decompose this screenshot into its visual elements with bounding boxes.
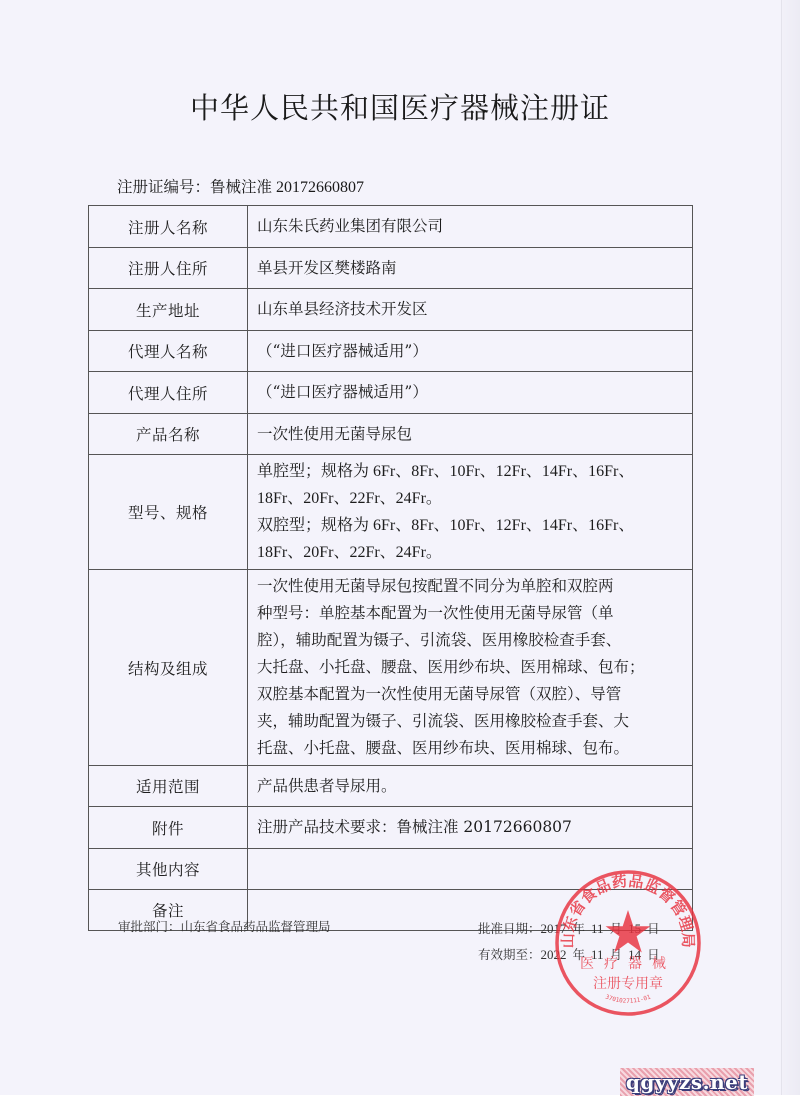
row-value: 单县开发区樊楼路南 [248,248,693,289]
bottom-strip [0,1095,800,1109]
table-row-attachment: 附件 注册产品技术要求：鲁械注准 20172660807 [89,807,693,849]
watermark-text: qgyyzs.net [626,1070,748,1094]
approval-date: 批准日期：2017年11月15日 [478,916,660,942]
row-label: 适用范围 [89,766,248,807]
svg-text:注册专用章: 注册专用章 [593,975,663,992]
row-label: 产品名称 [89,414,248,455]
site-watermark: qgyyzs.net [620,1068,754,1096]
spec-line: 18Fr、20Fr、22Fr、24Fr。 [257,539,684,566]
row-value: 山东单县经济技术开发区 [248,289,693,331]
year-unit: 年 [573,921,586,936]
structure-line: 夹，辅助配置为镊子、引流袋、医用橡胶检查手套、大 [257,708,684,735]
table-row-other: 其他内容 [89,849,693,890]
table-row-product-name: 产品名称 一次性使用无菌导尿包 [89,414,693,455]
row-label: 代理人住所 [89,372,248,414]
row-value: 一次性使用无菌导尿包 [248,414,693,455]
table-row-agent-name: 代理人名称 （“进口医疗器械适用”） [89,331,693,372]
row-label: 代理人名称 [89,331,248,372]
structure-line: 双腔基本配置为一次性使用无菌导尿管（双腔）、导管 [257,681,684,708]
table-row-scope: 适用范围 产品供患者导尿用。 [89,766,693,807]
row-value: 一次性使用无菌导尿包按配置不同分为单腔和双腔两 种型号：单腔基本配置为一次性使用… [248,570,693,766]
table-row-model-spec: 型号、规格 单腔型；规格为 6Fr、8Fr、10Fr、12Fr、14Fr、16F… [89,455,693,570]
row-value [248,849,693,890]
structure-line: 腔），辅助配置为镊子、引流袋、医用橡胶检查手套、 [257,627,684,654]
table-row-agent-address: 代理人住所 （“进口医疗器械适用”） [89,372,693,414]
approval-department: 审批部门：山东省食品药品监督管理局 [118,917,331,935]
document-title: 中华人民共和国医疗器械注册证 [0,86,800,127]
row-value: 注册产品技术要求：鲁械注准 20172660807 [248,807,693,849]
month-unit: 月 [610,921,623,936]
valid-day: 14 [628,947,641,962]
row-value: （“进口医疗器械适用”） [248,331,693,372]
structure-line: 托盘、小托盘、腰盘、医用纱布块、医用棉球、包布。 [257,735,684,762]
spec-line: 双腔型；规格为 6Fr、8Fr、10Fr、12Fr、14Fr、16Fr、 [257,512,684,539]
approval-month: 11 [591,921,604,936]
row-label: 生产地址 [89,289,248,331]
approval-year: 2017 [541,921,567,936]
approval-day: 15 [628,921,641,936]
row-label: 附件 [89,807,248,849]
certificate-table: 注册人名称 山东朱氏药业集团有限公司 注册人住所 单县开发区樊楼路南 生产地址 … [88,205,693,931]
spec-line: 单腔型；规格为 6Fr、8Fr、10Fr、12Fr、14Fr、16Fr、 [257,458,684,485]
row-value: 山东朱氏药业集团有限公司 [248,206,693,248]
row-value: 产品供患者导尿用。 [248,766,693,807]
structure-line: 种型号：单腔基本配置为一次性使用无菌导尿管（单 [257,600,684,627]
row-label: 结构及组成 [89,570,248,766]
row-label: 注册人住所 [89,248,248,289]
day-unit: 日 [647,921,660,936]
row-label: 型号、规格 [89,455,248,570]
valid-until-label: 有效期至： [478,947,541,962]
day-unit: 日 [647,947,660,962]
approval-department-label: 审批部门： [118,919,181,934]
spec-line: 18Fr、20Fr、22Fr、24Fr。 [257,485,684,512]
registration-number: 注册证编号：鲁械注准20172660807 [117,175,364,197]
dates-block: 批准日期：2017年11月15日 有效期至：2022年11月14日 [478,916,660,968]
page-edge [781,0,800,1095]
month-unit: 月 [610,947,623,962]
table-row-registrant-address: 注册人住所 单县开发区樊楼路南 [89,248,693,289]
table-row-production-address: 生产地址 山东单县经济技术开发区 [89,289,693,331]
approval-department-value: 山东省食品药品监督管理局 [181,919,331,934]
row-value: 单腔型；规格为 6Fr、8Fr、10Fr、12Fr、14Fr、16Fr、 18F… [248,455,693,570]
valid-until-date: 有效期至：2022年11月14日 [478,942,660,968]
structure-line: 大托盘、小托盘、腰盘、医用纱布块、医用棉球、包布； [257,654,684,681]
svg-text:3701027111-01: 3701027111-01 [604,993,652,1004]
registration-number-label: 注册证编号：鲁械注准 [117,178,272,196]
valid-year: 2022 [541,947,567,962]
registration-number-value: 20172660807 [276,179,364,196]
valid-month: 11 [591,947,604,962]
approval-date-label: 批准日期： [478,921,541,936]
row-label: 其他内容 [89,849,248,890]
row-value: （“进口医疗器械适用”） [248,372,693,414]
table-row-registrant-name: 注册人名称 山东朱氏药业集团有限公司 [89,206,693,248]
row-label: 注册人名称 [89,206,248,248]
structure-line: 一次性使用无菌导尿包按配置不同分为单腔和双腔两 [257,573,684,600]
table-row-structure: 结构及组成 一次性使用无菌导尿包按配置不同分为单腔和双腔两 种型号：单腔基本配置… [89,570,693,766]
year-unit: 年 [573,947,586,962]
